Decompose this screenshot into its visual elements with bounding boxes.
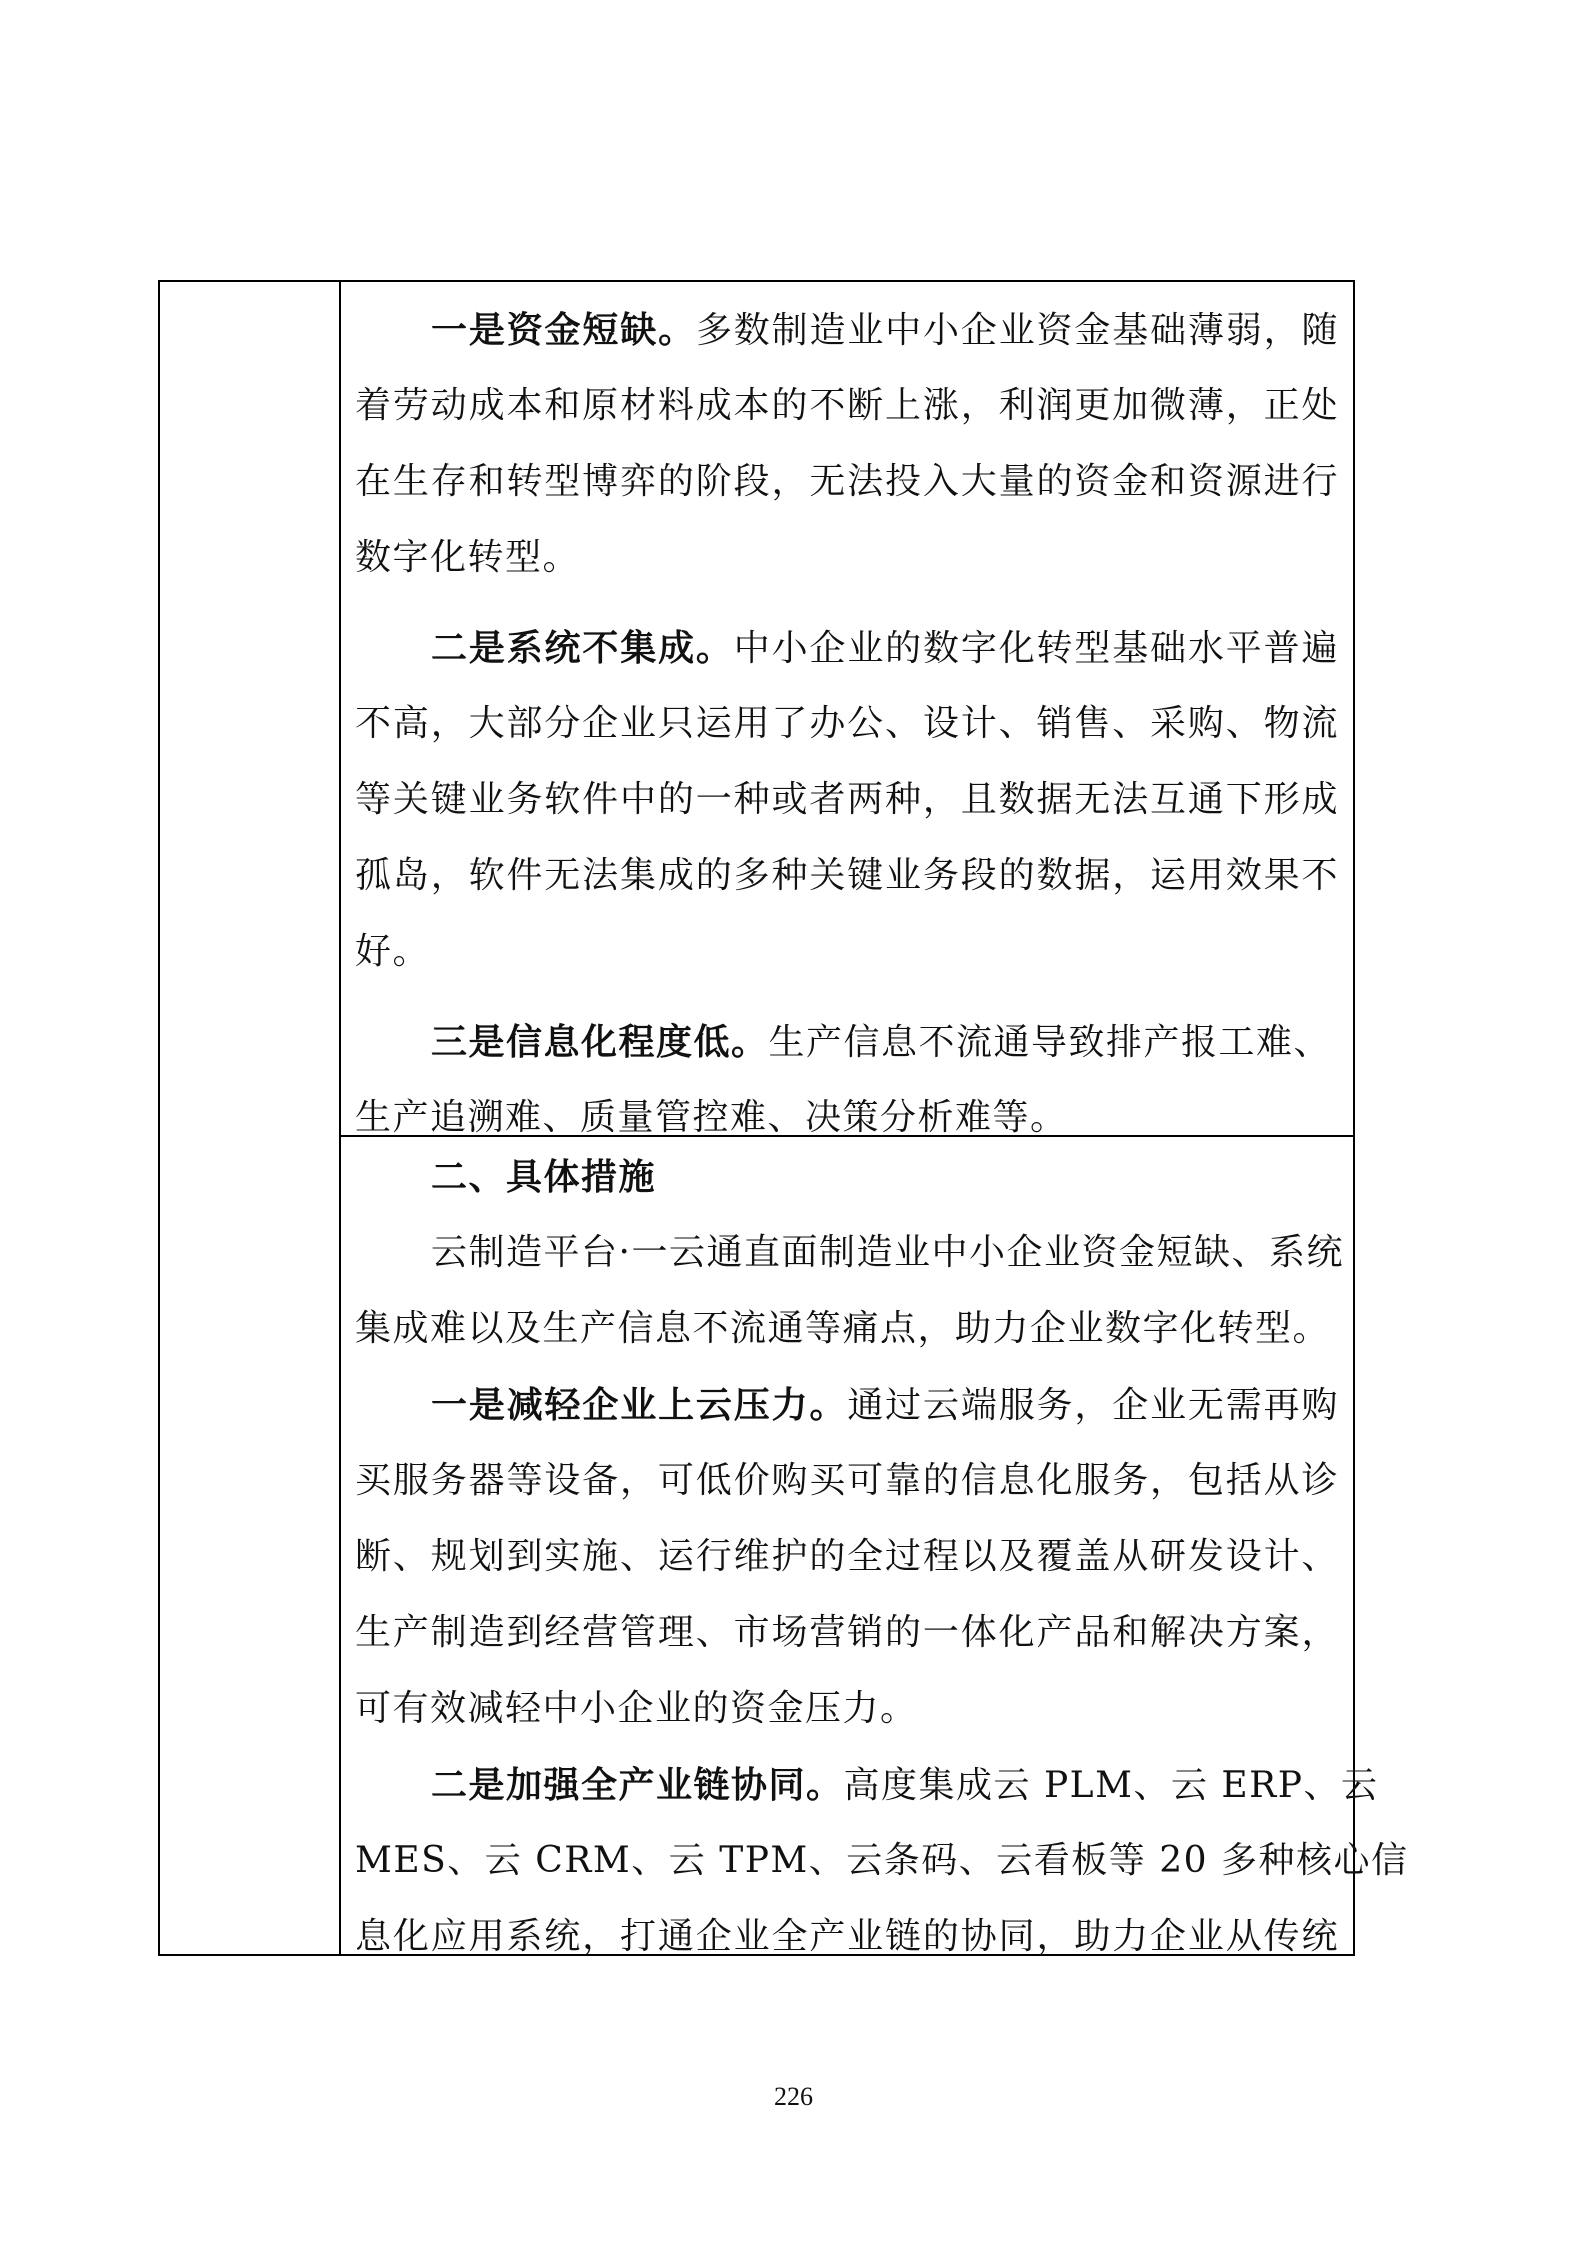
table-left-column xyxy=(160,282,341,1954)
page-number: 226 xyxy=(0,2082,1587,2112)
paragraph-lead: 一是减轻企业上云压力。 xyxy=(431,1384,847,1426)
paragraph-lead: 二是加强全产业链协同。 xyxy=(431,1764,844,1806)
paragraph-line: 三是信息化程度低。生产信息不流通导致排产报工难、 xyxy=(355,1004,1339,1080)
paragraph-line: 着劳动成本和原材料成本的不断上涨，利润更加微薄，正处 xyxy=(355,368,1339,444)
paragraph-line: 等关键业务软件中的一种或者两种，且数据无法互通下形成 xyxy=(355,762,1339,838)
paragraph-line: 云制造平台·一云通直面制造业中小企业资金短缺、系统 xyxy=(355,1215,1339,1291)
cell-measures: 二、具体措施 云制造平台·一云通直面制造业中小企业资金短缺、系统 集成难以及生产… xyxy=(341,1137,1353,1954)
paragraph-line: 二是系统不集成。中小企业的数字化转型基础水平普遍 xyxy=(355,610,1339,686)
paragraph-lead: 三是信息化程度低。 xyxy=(431,1021,769,1063)
paragraph-line: 好。 xyxy=(355,914,1339,990)
paragraph-line: 可有效减轻中小企业的资金压力。 xyxy=(355,1671,1339,1747)
paragraph-line: 一是减轻企业上云压力。通过云端服务，企业无需再购 xyxy=(355,1367,1339,1443)
paragraph-line: 买服务器等设备，可低价购买可靠的信息化服务，包括从诊 xyxy=(355,1443,1339,1519)
paragraph-line: MES、云 CRM、云 TPM、云条码、云看板等 20 多种核心信 xyxy=(355,1823,1339,1899)
paragraph-line: 生产制造到经营管理、市场营销的一体化产品和解决方案， xyxy=(355,1595,1339,1671)
paragraph-line: 断、规划到实施、运行维护的全过程以及覆盖从研发设计、 xyxy=(355,1519,1339,1595)
paragraph-line: 在生存和转型博弈的阶段，无法投入大量的资金和资源进行 xyxy=(355,444,1339,520)
table-right-column: 一是资金短缺。多数制造业中小企业资金基础薄弱，随 着劳动成本和原材料成本的不断上… xyxy=(341,282,1353,1954)
paragraph-line: 一是资金短缺。多数制造业中小企业资金基础薄弱，随 xyxy=(355,292,1339,368)
paragraph-line: 不高，大部分企业只运用了办公、设计、销售、采购、物流 xyxy=(355,686,1339,762)
paragraph-lead: 二是系统不集成。 xyxy=(431,627,734,669)
paragraph-line: 集成难以及生产信息不流通等痛点，助力企业数字化转型。 xyxy=(355,1291,1339,1367)
section-heading: 二、具体措施 xyxy=(355,1139,1339,1215)
paragraph-line: 息化应用系统，打通企业全产业链的协同，助力企业从传统 xyxy=(355,1899,1339,1975)
paragraph-line: 数字化转型。 xyxy=(355,520,1339,596)
content-table: 一是资金短缺。多数制造业中小企业资金基础薄弱，随 着劳动成本和原材料成本的不断上… xyxy=(158,280,1355,1956)
paragraph-line: 二是加强全产业链协同。高度集成云 PLM、云 ERP、云 xyxy=(355,1747,1339,1823)
paragraph-lead: 一是资金短缺。 xyxy=(431,309,696,351)
cell-problems: 一是资金短缺。多数制造业中小企业资金基础薄弱，随 着劳动成本和原材料成本的不断上… xyxy=(341,282,1353,1137)
paragraph-line: 孤岛，软件无法集成的多种关键业务段的数据，运用效果不 xyxy=(355,838,1339,914)
